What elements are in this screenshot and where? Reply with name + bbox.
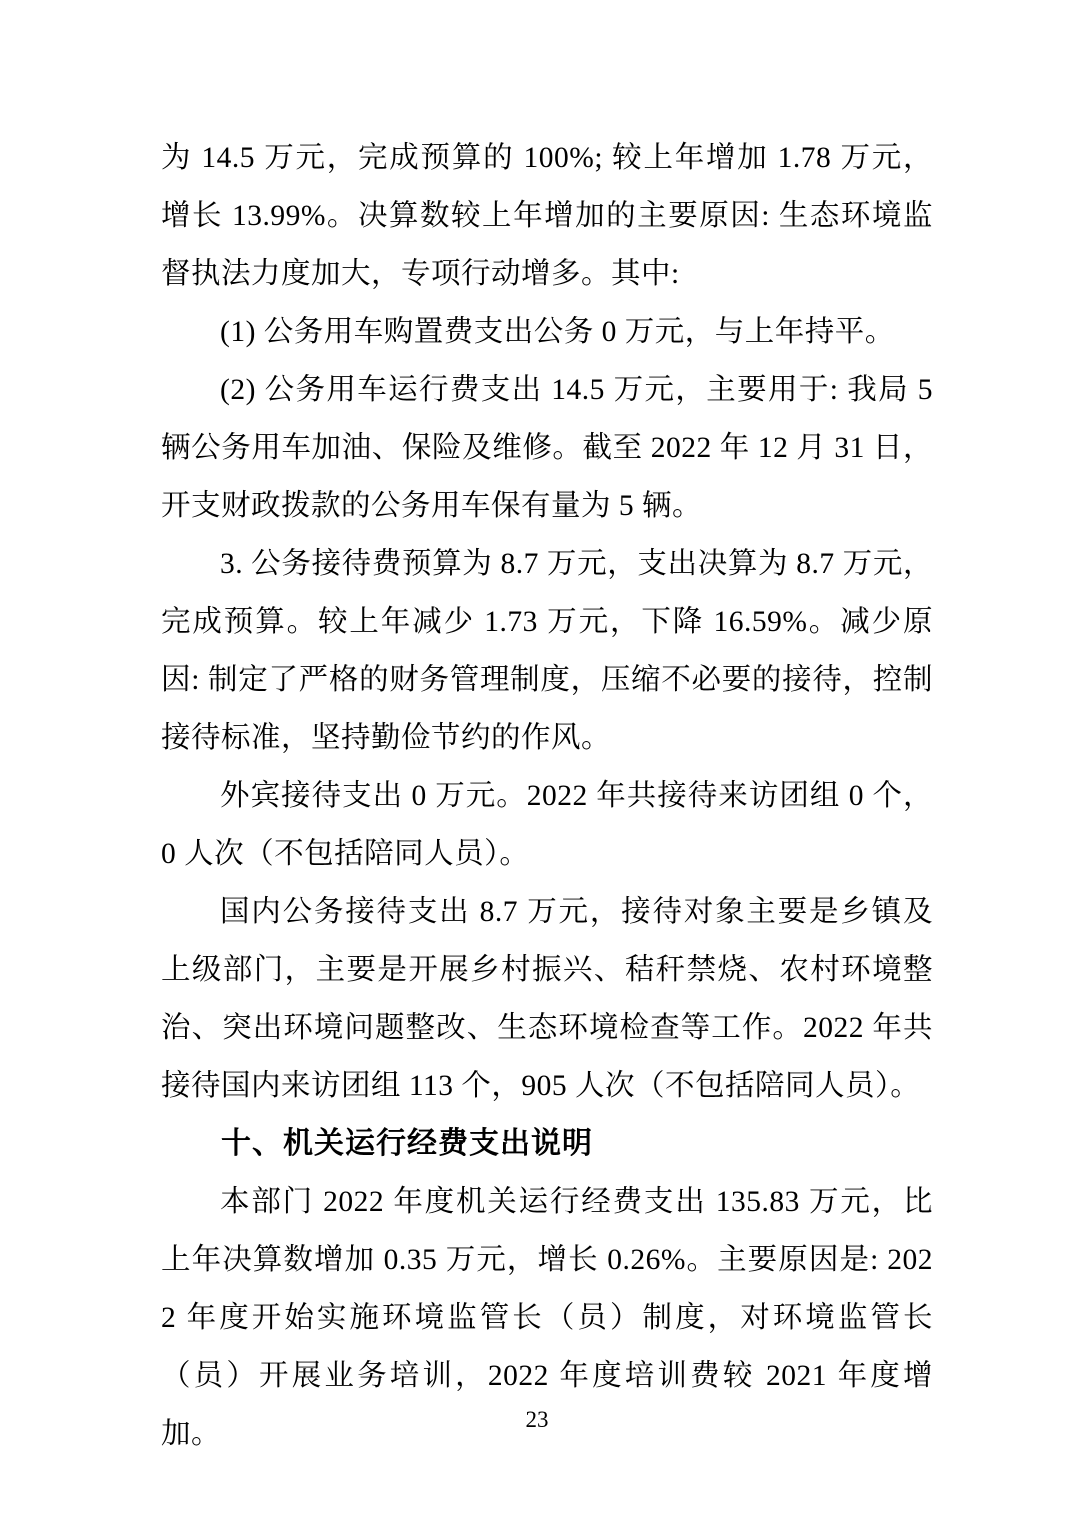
page-number: 23 — [0, 1405, 1074, 1435]
section-heading-agency-operating-expense: 十、机关运行经费支出说明 — [161, 1115, 933, 1173]
paragraph-vehicle-operation: (2) 公务用车运行费支出 14.5 万元，主要用于: 我局 5 辆公务用车加油… — [161, 361, 933, 535]
paragraph-foreign-guest-reception: 外宾接待支出 0 万元。2022 年共接待来访团组 0 个，0 人次（不包括陪同… — [161, 767, 933, 883]
document-page-body: 为 14.5 万元，完成预算的 100%; 较上年增加 1.78 万元，增长 1… — [161, 129, 933, 1463]
paragraph-official-reception: 3. 公务接待费预算为 8.7 万元，支出决算为 8.7 万元，完成预算。较上年… — [161, 535, 933, 767]
paragraph-domestic-reception: 国内公务接待支出 8.7 万元，接待对象主要是乡镇及上级部门，主要是开展乡村振兴… — [161, 883, 933, 1115]
paragraph-vehicle-purchase: (1) 公务用车购置费支出公务 0 万元，与上年持平。 — [161, 303, 933, 361]
paragraph-vehicle-fee-continuation: 为 14.5 万元，完成预算的 100%; 较上年增加 1.78 万元，增长 1… — [161, 129, 933, 303]
